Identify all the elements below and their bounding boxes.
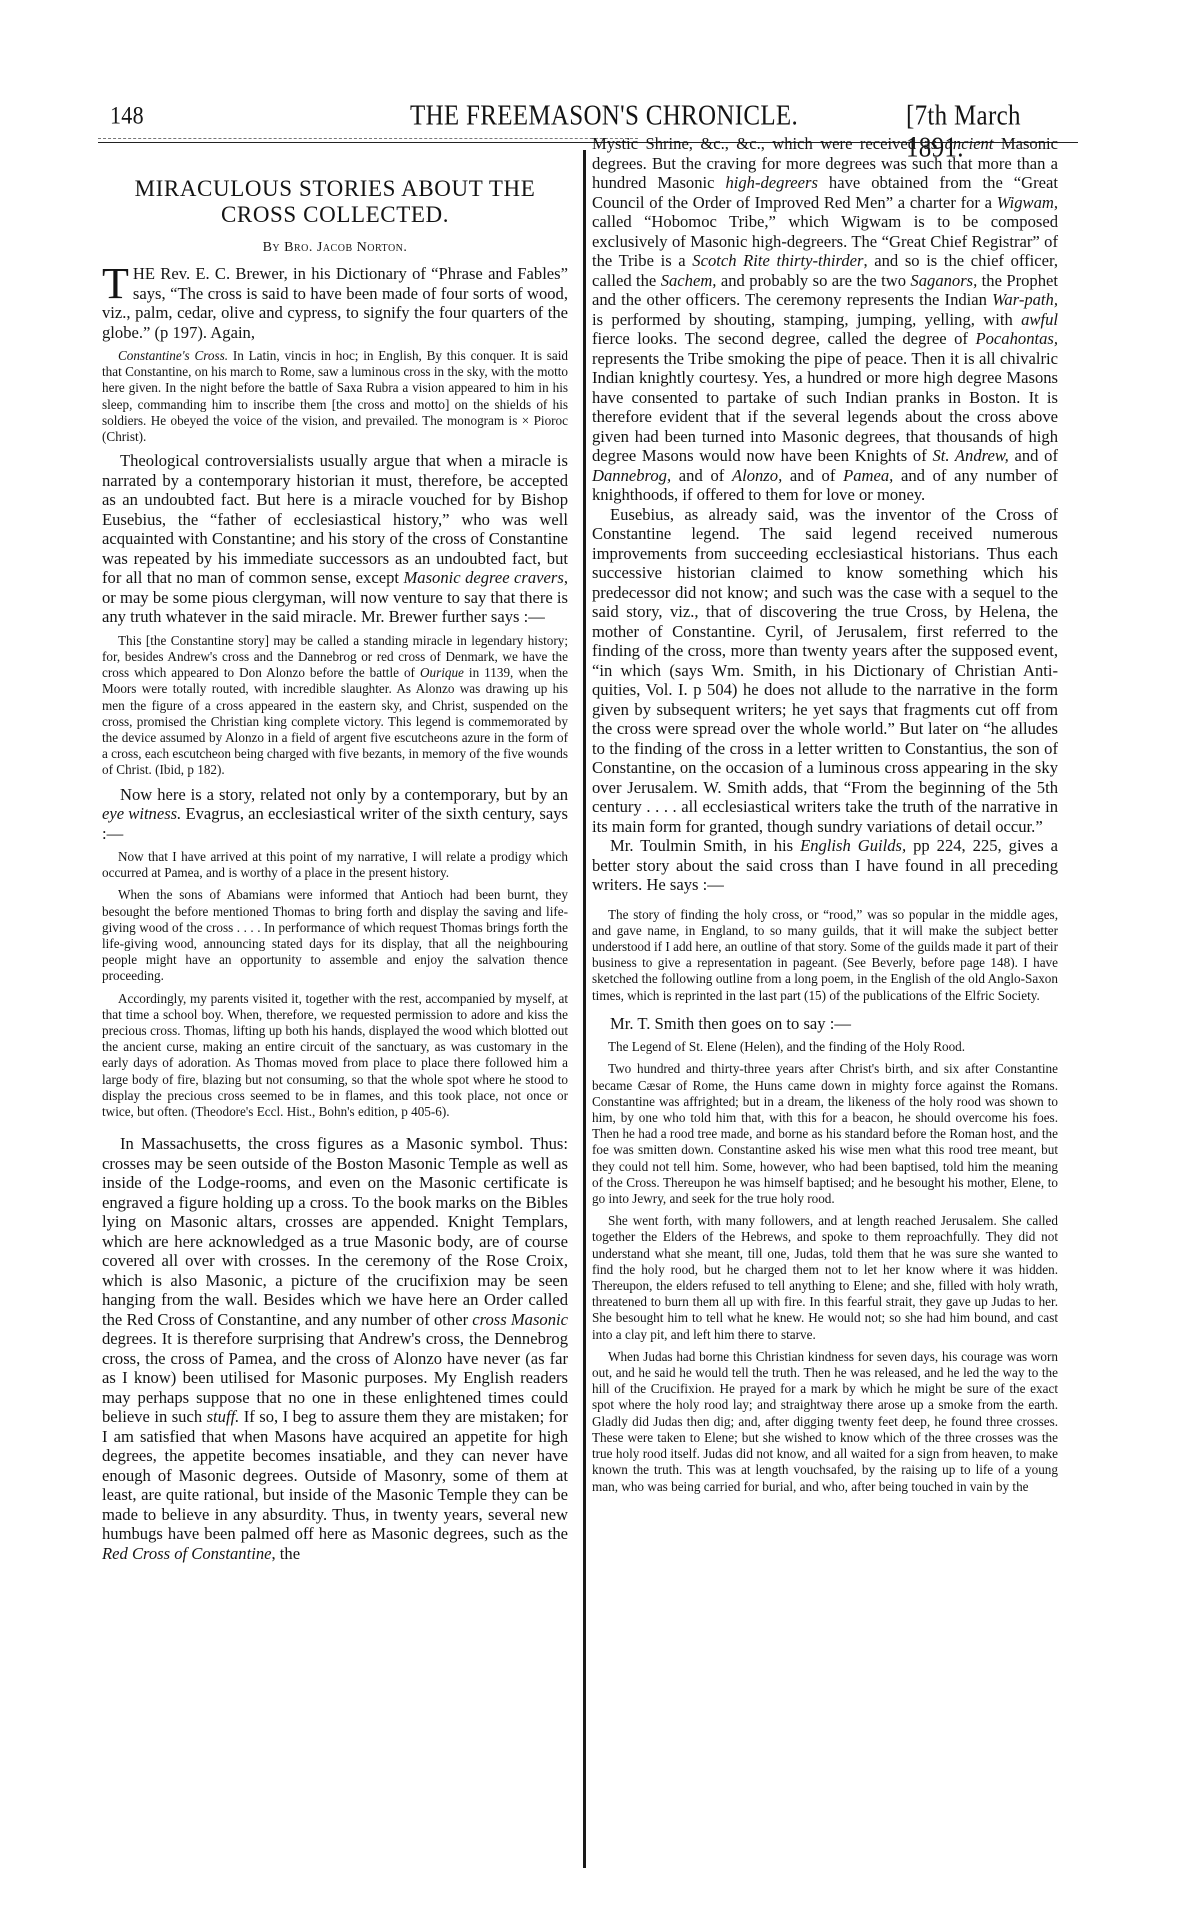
masthead: 148 THE FREEMASON'S CHRONICLE. [7th Marc… (98, 98, 1078, 137)
quote-evagrus-2: When the sons of Abamians were informed … (102, 887, 568, 984)
column-divider (583, 150, 586, 1868)
emphasis: Ourique (420, 665, 464, 680)
emphasis: St. Andrew, (932, 446, 1008, 465)
opening-paragraph-text: HE Rev. E. C. Brewer, in his Dictionary … (102, 264, 568, 342)
paragraph-text: and of (782, 466, 843, 485)
paragraph-text: , the (271, 1544, 300, 1563)
paragraph-eusebius: Eusebius, as already said, was the inven… (592, 505, 1058, 837)
paragraph-text: and probably so are the two (716, 271, 910, 290)
emphasis: Saganors, (910, 271, 977, 290)
paragraph-text: Mr. Toulmin Smith, in his (610, 836, 800, 855)
quote-lead: Constantine's Cross. (118, 348, 228, 363)
emphasis: awful (1021, 310, 1058, 329)
drop-cap: T (102, 266, 129, 302)
emphasis: War-path, (992, 290, 1058, 309)
emphasis: stuff. (207, 1407, 240, 1426)
emphasis: Masonic degree cravers (403, 568, 563, 587)
emphasis: Pamea, (843, 466, 893, 485)
paragraph-text: If so, I beg to assure them they are mis… (102, 1407, 568, 1543)
spacer (102, 1126, 568, 1134)
emphasis: Red Cross of Constantine (102, 1544, 271, 1563)
paragraph-text: Theological controversialists usually ar… (102, 451, 568, 587)
emphasis: Alonzo, (732, 466, 782, 485)
quote-legend-part1: Two hundred and thirty-three years after… (592, 1061, 1058, 1207)
article-title-line2: CROSS COLLECTED. (221, 202, 449, 227)
quote-text: in 1139, when the Moors were totally rou… (102, 665, 568, 777)
emphasis: high-degreers (725, 173, 817, 192)
emphasis: Sachem, (661, 271, 717, 290)
emphasis: Pocahontas, (976, 329, 1059, 348)
newspaper-page: 148 THE FREEMASON'S CHRONICLE. [7th Marc… (98, 98, 1078, 132)
paragraph-toulmin-smith: Mr. Toulmin Smith, in his English Guilds… (592, 836, 1058, 895)
quote-constantines-cross: Constantine's Cross. In Latin, vincis in… (102, 348, 568, 445)
emphasis: Wigwam, (997, 193, 1058, 212)
quote-legend-title: The Legend of St. Elene (Helen), and the… (592, 1039, 1058, 1055)
paragraph-text: and of (1009, 446, 1058, 465)
quote-holy-rood: The story of finding the holy cross, or … (592, 907, 1058, 1004)
quote-legend-part3: When Judas had borne this Christian kind… (592, 1349, 1058, 1495)
paragraph-massachusetts: In Massachusetts, the cross figures as a… (102, 1134, 568, 1563)
paragraph-eye-witness: Now here is a story, related not only by… (102, 785, 568, 844)
emphasis: Scotch Rite thirty-thirder (692, 251, 863, 270)
opening-paragraph: THE Rev. E. C. Brewer, in his Dictionary… (102, 264, 568, 342)
quote-evagrus-1: Now that I have arrived at this point of… (102, 849, 568, 881)
header-rule-dashed (98, 138, 638, 139)
article-byline: By Bro. Jacob Norton. (102, 240, 568, 256)
emphasis: cross Masonic (472, 1310, 568, 1329)
right-column: Mystic Shrine, &c., &c., which were rece… (592, 134, 1058, 1501)
paragraph-text: and of (671, 466, 732, 485)
article-title: MIRACULOUS STORIES ABOUT THE CROSS COLLE… (102, 176, 568, 228)
paragraph-t-smith: Mr. T. Smith then goes on to say :— (592, 1014, 1058, 1034)
left-column: MIRACULOUS STORIES ABOUT THE CROSS COLLE… (102, 150, 568, 1563)
paragraph-text: fierce looks. The second degree, called … (592, 329, 976, 348)
paragraph-mystic-shrine: Mystic Shrine, &c., &c., which were rece… (592, 134, 1058, 505)
paragraph-text: is per­formed by shouting, stamping, jum… (592, 310, 1021, 329)
paragraph-theological: Theological controversialists usually ar… (102, 451, 568, 627)
emphasis: Dannebrog, (592, 466, 671, 485)
emphasis: ancient (945, 134, 994, 153)
page-number: 148 (110, 100, 144, 130)
publication-title: THE FREEMASON'S CHRONICLE. (410, 100, 798, 132)
paragraph-text: Now here is a story, related not only by… (120, 785, 568, 804)
emphasis: English Guilds, (800, 836, 906, 855)
quote-evagrus-3: Accordingly, my parents visited it, toge… (102, 991, 568, 1121)
quote-legend-part2: She went forth, with many followers, and… (592, 1213, 1058, 1343)
paragraph-text: In Massachusetts, the cross figures as a… (102, 1134, 568, 1329)
quote-standing-miracle: This [the Constantine story] may be call… (102, 633, 568, 779)
article-title-line1: MIRACULOUS STORIES ABOUT THE (135, 176, 536, 201)
paragraph-text: Mystic Shrine, &c., &c., which were rece… (592, 134, 945, 153)
emphasis: eye witness. (102, 804, 181, 823)
